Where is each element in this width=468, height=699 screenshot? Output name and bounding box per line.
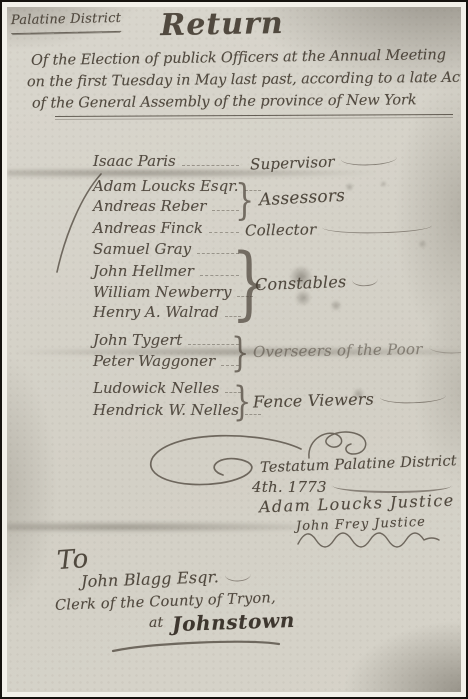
office-label-assessors: Assessors — [259, 186, 346, 210]
officer-name: Andreas Finck — [93, 219, 203, 237]
officer-name: Hendrick W. Nelles — [93, 401, 239, 419]
address-at: at — [149, 613, 163, 633]
office-label-collector: Collector — [245, 217, 433, 240]
document-page: Palatine District Return Of the Election… — [7, 7, 461, 692]
officer-row: John Tygert — [93, 331, 241, 351]
officer-name: Adam Loucks Esqr. — [93, 177, 239, 195]
officer-row: Hendrick W. Nelles — [93, 401, 241, 421]
body-line-1: Of the Election of publick Officers at t… — [31, 45, 446, 71]
ink-stain — [418, 240, 427, 248]
officer-name: Ludowick Nelles — [93, 379, 219, 397]
assessors-brace — [235, 179, 254, 221]
officer-name: Isaac Paris — [93, 152, 176, 170]
dotted-leader — [182, 165, 239, 166]
overseers-brace — [231, 333, 249, 373]
officer-row: Adam Loucks Esqr. — [93, 177, 241, 197]
officer-name: Peter Waggoner — [93, 352, 215, 370]
officer-name: Henry A. Walrad — [93, 303, 219, 321]
page-title: Return — [147, 14, 297, 37]
officer-row: Andreas Reber — [93, 197, 241, 217]
address-to: To — [56, 549, 89, 571]
officer-name: John Tygert — [93, 331, 182, 349]
officer-row: Samuel Gray — [93, 240, 241, 260]
dotted-leader — [209, 232, 239, 233]
officer-row: Ludowick Nelles — [93, 379, 241, 399]
pen-flourish — [428, 345, 461, 354]
body-line-2: on the first Tuesday in May last past, a… — [27, 68, 461, 93]
pen-flourish — [341, 156, 397, 166]
officer-name: William Newberry — [93, 283, 231, 301]
officer-row: Isaac Paris — [93, 152, 241, 172]
pen-flourish — [322, 224, 432, 234]
officer-row: Andreas Finck — [93, 219, 241, 239]
signature-loop-flourish — [298, 530, 440, 550]
officer-name: Andreas Reber — [93, 197, 206, 215]
officer-row: John Hellmer — [93, 262, 241, 282]
ink-stain — [330, 300, 342, 311]
pen-flourish — [352, 277, 378, 286]
ink-stain — [380, 181, 387, 187]
officer-row: Peter Waggoner — [93, 352, 241, 372]
fence-viewers-brace — [233, 382, 251, 422]
ink-stain — [345, 183, 354, 191]
office-label-overseers: Overseers of the Poor — [253, 338, 461, 362]
pen-flourish — [380, 394, 446, 404]
officer-name: John Hellmer — [93, 262, 194, 280]
address-place: Johnstown — [172, 610, 296, 634]
officer-row: William Newberry — [93, 283, 241, 303]
pen-flourish — [225, 573, 251, 582]
johnstown-underline-flourish — [111, 639, 281, 653]
office-label-constables: Constables — [255, 271, 379, 295]
district-label: Palatine District — [11, 9, 122, 34]
header-underline — [55, 114, 453, 120]
body-line-3: of the General Assembly of the province … — [32, 90, 417, 113]
officer-name: Samuel Gray — [93, 240, 191, 258]
officer-row: Henry A. Walrad — [93, 303, 241, 323]
address-line-1: John Blagg Esqr. — [81, 566, 252, 592]
photographed-document: Palatine District Return Of the Election… — [0, 0, 468, 699]
office-label-fence-viewers: Fence Viewers — [253, 387, 446, 412]
